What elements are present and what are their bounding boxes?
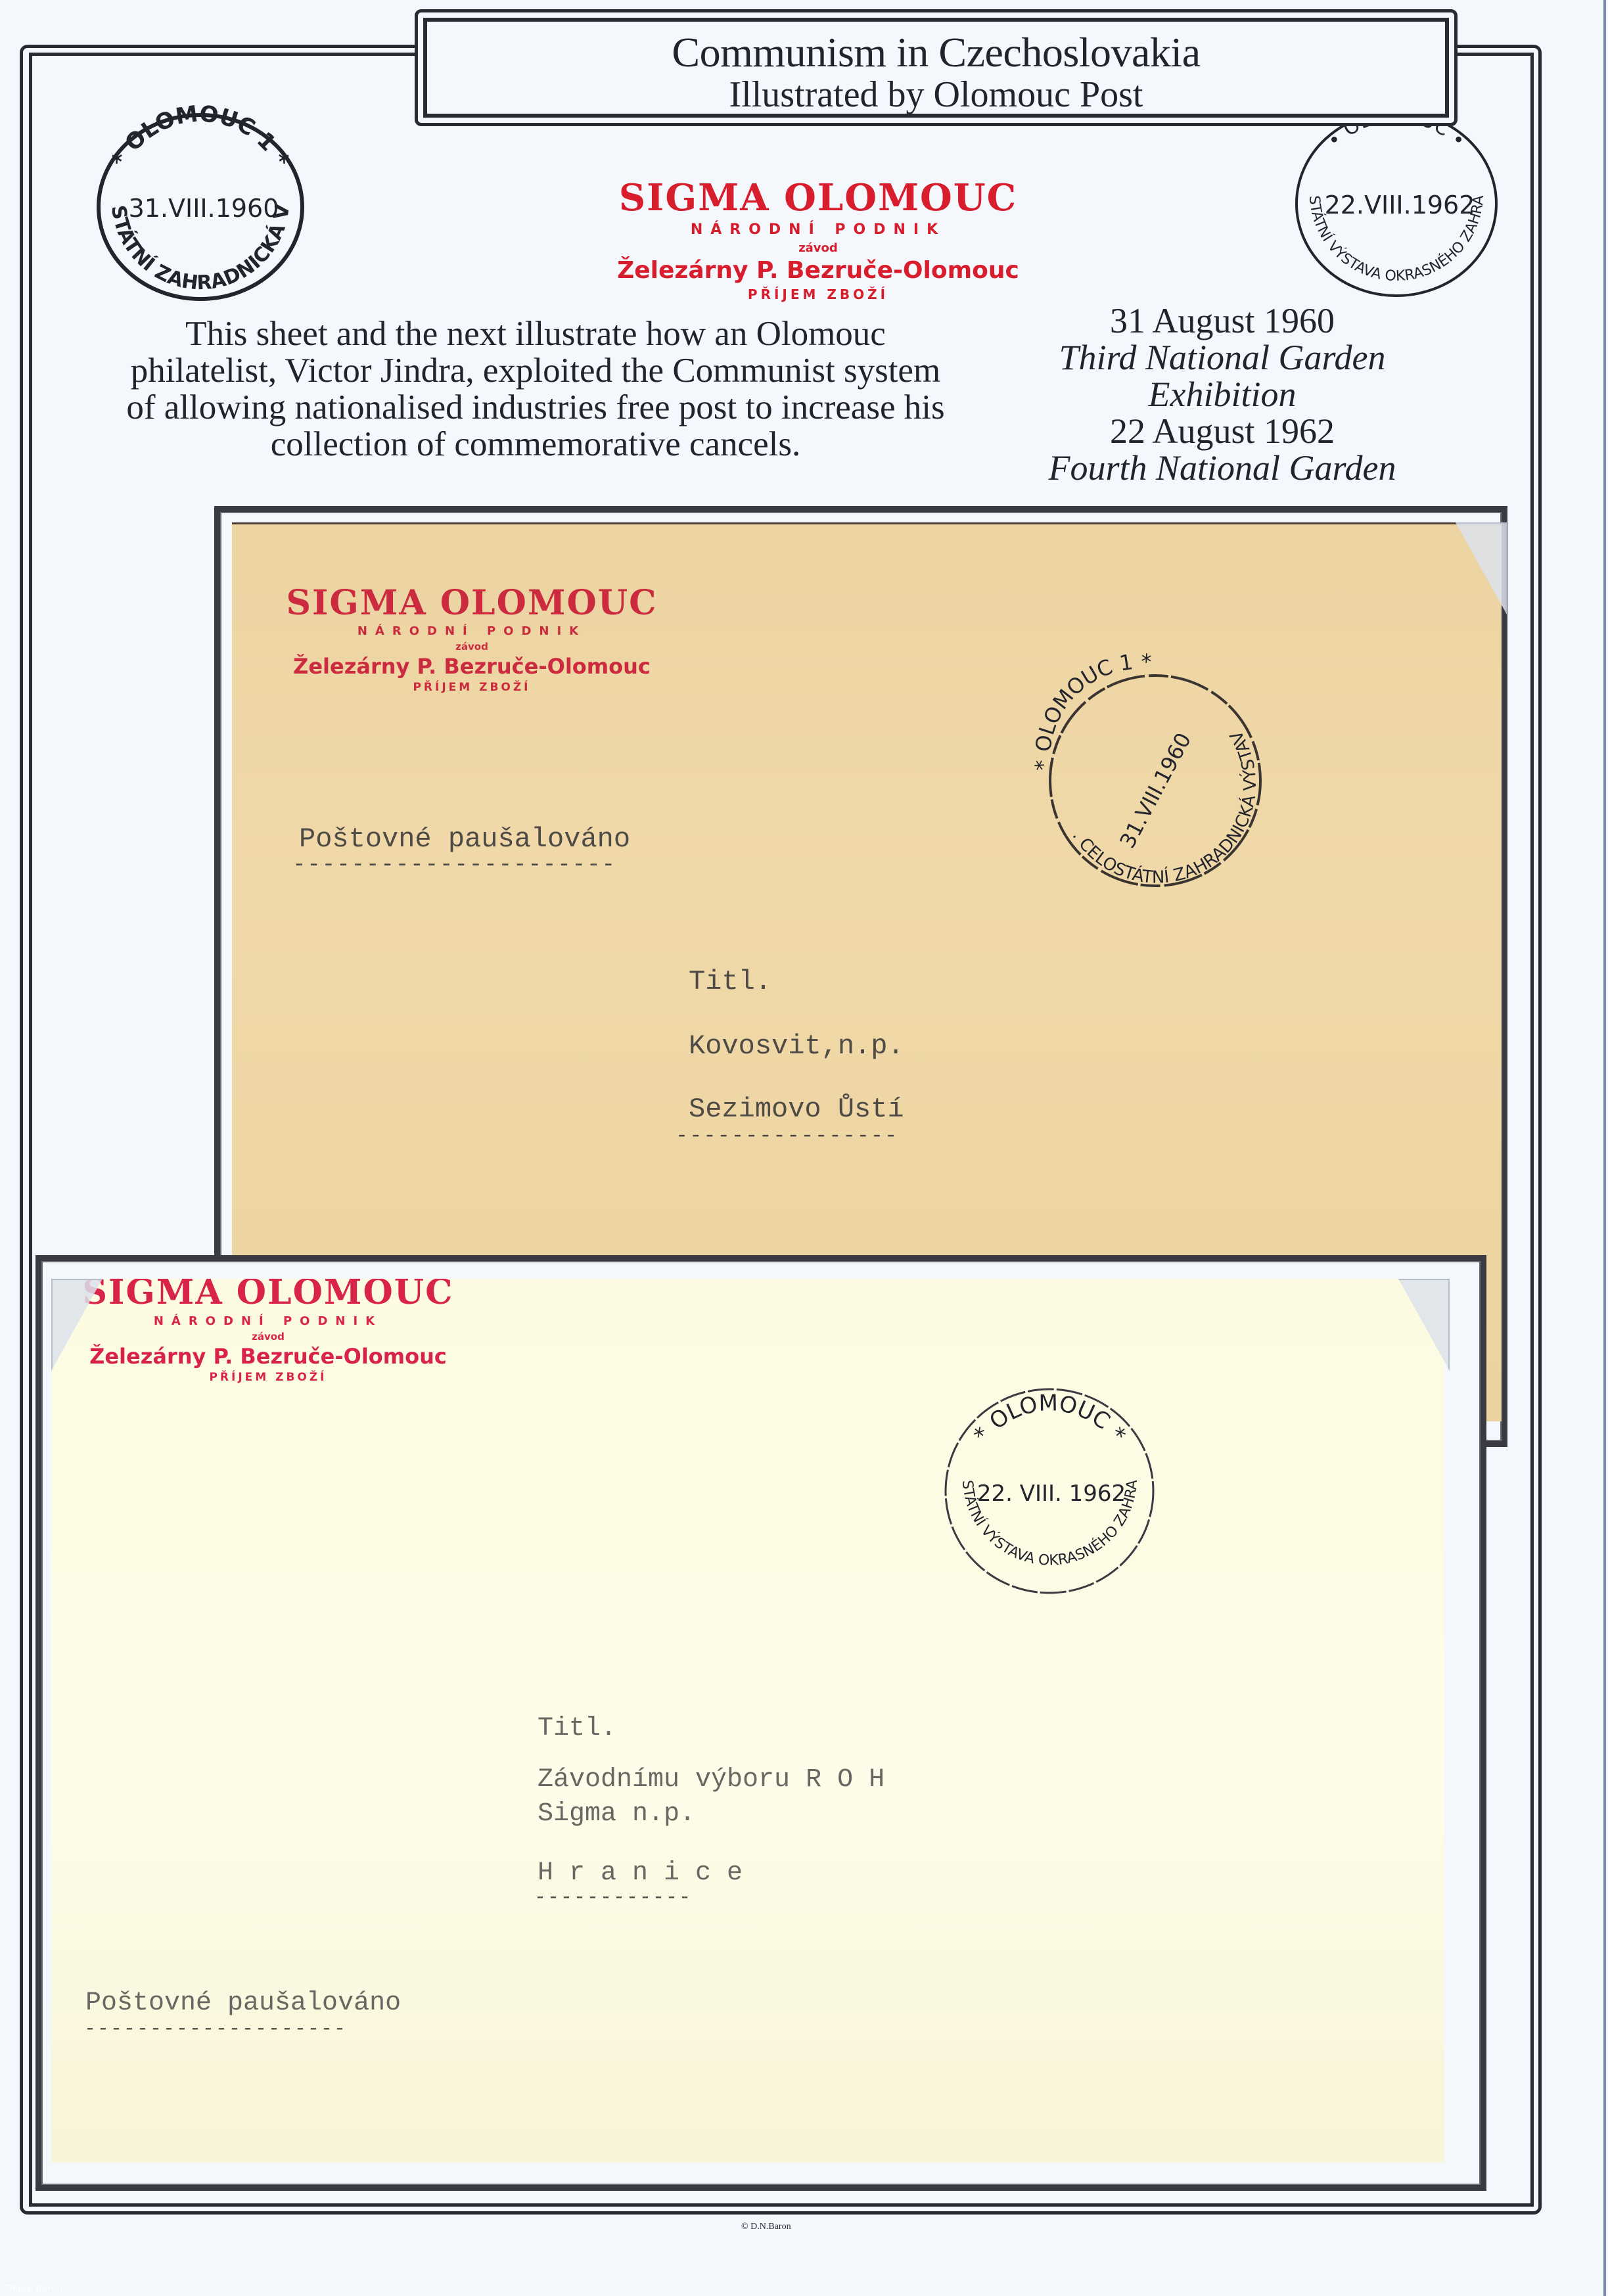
date-1960: 31 August 1960 [1015, 302, 1429, 339]
cancel-olomouc-1962: * OLOMOUC * IV. CELOSTÁTNÍ VÝSTAVA OKRAS… [943, 1386, 1157, 1596]
postage-underline: -------------------- [84, 2018, 347, 2040]
dates-caption: 31 August 1960 Third National Garden Exh… [1015, 302, 1429, 486]
svg-text:31.VIII.1960: 31.VIII.1960 [1114, 729, 1196, 852]
sigma-cachet-illustration: SIGMA OLOMOUC NÁRODNÍ PODNIK závod Želez… [591, 176, 1045, 304]
watermark: Derek Baron [5, 2284, 62, 2294]
svg-text:* OLOMOUC *: * OLOMOUC * [969, 1390, 1131, 1448]
copyright: © D.N.Baron [741, 2222, 791, 2232]
cancel-1960-illustration: * OLOMOUC 1 * 3. CELOSTÁTNÍ ZAHRADNICKÁ … [92, 108, 309, 306]
svg-text:* OLOMOUC 1 *: * OLOMOUC 1 * [1030, 649, 1152, 771]
svg-text:22.VIII.1962: 22.VIII.1962 [1325, 191, 1475, 219]
page-subtitle: Illustrated by Olomouc Post [427, 74, 1445, 115]
page-edge [1603, 0, 1606, 2296]
cancel-1962-illustration: • OLOMOUC • IV. CELOSTÁTNÍ VÝSTAVA OKRAS… [1291, 105, 1502, 302]
date-1962: 22 August 1962 [1015, 413, 1429, 449]
postage-underline: ---------------------- [292, 853, 616, 878]
svg-text:31.VIII.1960: 31.VIII.1960 [129, 194, 279, 223]
envelope-1962: SIGMA OLOMOUC NÁRODNÍ PODNIK závod Želez… [51, 1279, 1444, 2163]
title-box: Communism in Czechoslovakia Illustrated … [415, 9, 1458, 126]
postage-paid-note: Poštovné paušalováno [85, 1988, 401, 2018]
svg-text:22. VIII. 1962: 22. VIII. 1962 [977, 1481, 1126, 1507]
page-title: Communism in Czechoslovakia [427, 31, 1445, 74]
cancel-olomouc-1960: * OLOMOUC 1 * 3. CELOSTÁTNÍ ZAHRADNICKÁ … [1047, 672, 1264, 889]
postage-paid-note: Poštovné paušalováno [299, 823, 630, 855]
sigma-cachet: SIGMA OLOMOUC NÁRODNÍ PODNIK závod Želez… [268, 584, 676, 695]
sigma-cachet: SIGMA OLOMOUC NÁRODNÍ PODNIK závod Želez… [58, 1279, 478, 1385]
svg-text:* OLOMOUC 1 *: * OLOMOUC 1 * [106, 101, 295, 172]
intro-paragraph: This sheet and the next illustrate how a… [118, 315, 953, 463]
